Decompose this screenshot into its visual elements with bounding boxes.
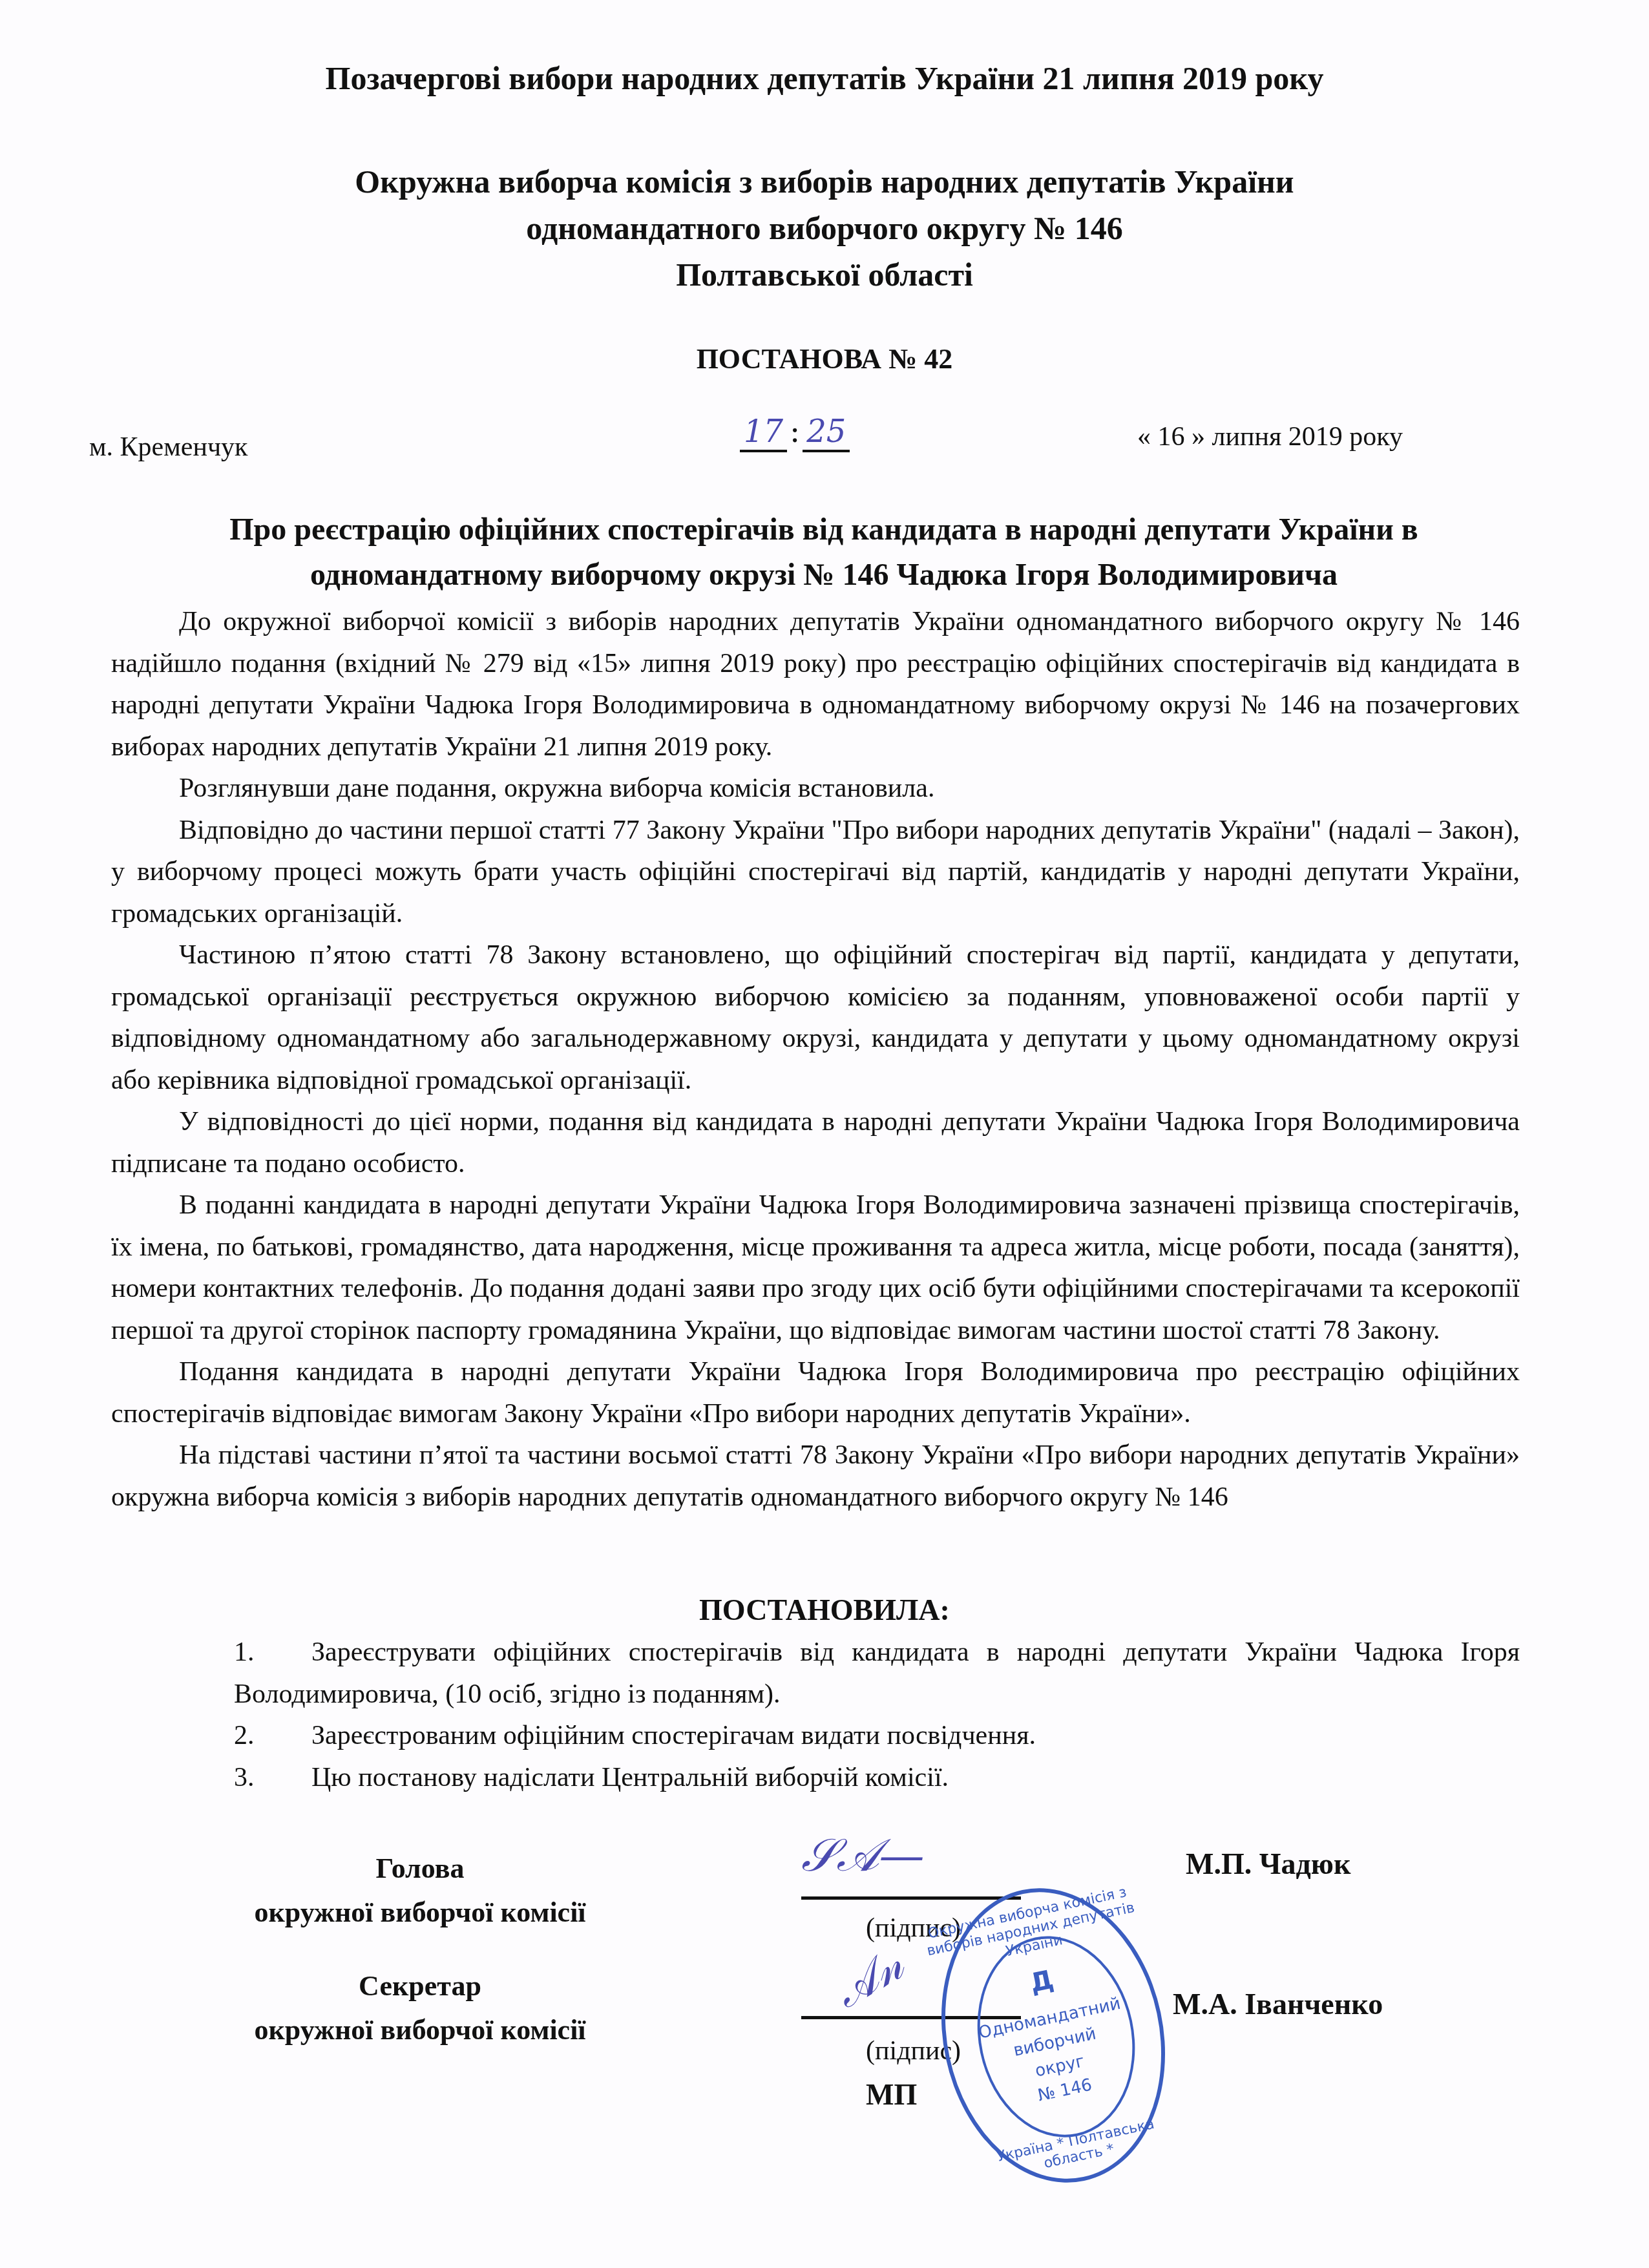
resolution-item: 3. Цю постанову надіслати Центральній ви… — [111, 1757, 1520, 1799]
seal-place-label: МП — [866, 2077, 917, 2112]
resolution-text: Цю постанову надіслати Центральній вибор… — [235, 1763, 949, 1792]
secretary-name: М.А. Іванченко — [1173, 1987, 1383, 2021]
commission-line: Окружна виборча комісія з виборів народн… — [0, 158, 1649, 205]
time-hours: 17 — [740, 414, 787, 452]
body-paragraph: У відповідності до цієї норми, подання в… — [111, 1101, 1520, 1184]
resolution-text: Зареєструвати офіційних спостерігачів ві… — [111, 1632, 1520, 1715]
resolution-item: 1. Зареєструвати офіційних спостерігачів… — [111, 1632, 1520, 1715]
resolved-heading: ПОСТАНОВИЛА: — [0, 1593, 1649, 1627]
commission-line: Полтавської області — [0, 251, 1649, 298]
chair-role-subtitle: окружної виборчої комісії — [194, 1891, 646, 1935]
body-paragraph: До окружної виборчої комісії з виборів н… — [111, 601, 1520, 768]
decree-date: « 16 » липня 2019 року — [1137, 421, 1403, 452]
body-paragraph: Частиною п’ятою статті 78 Закону встанов… — [111, 934, 1520, 1101]
chair-name: М.П. Чадюк — [1186, 1847, 1350, 1881]
resolution-number: 1. — [234, 1632, 255, 1674]
secretary-handwritten-signature: 𝒜𝓃 — [825, 1937, 913, 2019]
body-paragraph: Розглянувши дане подання, окружна виборч… — [111, 768, 1520, 810]
chair-role: Голова окружної виборчої комісії — [194, 1847, 646, 1935]
body-paragraph: На підставі частини п’ятої та частини во… — [111, 1434, 1520, 1518]
stamp-center: Д Одномандатний виборчий округ № 146 — [936, 1948, 1171, 2125]
commission-line: одномандатного виборчого округу № 146 — [0, 205, 1649, 251]
resolution-list: 1. Зареєструвати офіційних спостерігачів… — [111, 1632, 1520, 1798]
resolution-item: 2. Зареєстрованим офіційним спостерігача… — [111, 1715, 1520, 1757]
election-title: Позачергові вибори народних депутатів Ук… — [0, 59, 1649, 97]
decree-body: До окружної виборчої комісії з виборів н… — [111, 601, 1520, 1518]
resolution-number: 2. — [234, 1715, 255, 1757]
secretary-role-subtitle: окружної виборчої комісії — [194, 2008, 646, 2052]
body-paragraph: Відповідно до частини першої статті 77 З… — [111, 810, 1520, 935]
decree-time-handwritten: 17:25 — [740, 414, 850, 450]
decree-city: м. Кременчук — [89, 432, 247, 463]
chair-role-title: Голова — [194, 1847, 646, 1891]
commission-header: Окружна виборча комісія з виборів народн… — [0, 158, 1649, 298]
body-paragraph: В поданні кандидата в народні депутати У… — [111, 1184, 1520, 1351]
resolution-number: 3. — [234, 1757, 255, 1799]
decree-number: ПОСТАНОВА № 42 — [0, 342, 1649, 375]
chair-handwritten-signature: 𝒮𝒜— — [801, 1829, 924, 1882]
decree-subject: Про реєстрацію офіційних спостерігачів в… — [129, 507, 1518, 598]
secretary-role: Секретар окружної виборчої комісії — [194, 1964, 646, 2052]
chair-signature-line — [801, 1896, 1021, 1900]
time-colon: : — [787, 414, 803, 450]
body-paragraph: Подання кандидата в народні депутати Укр… — [111, 1351, 1520, 1434]
secretary-role-title: Секретар — [194, 1964, 646, 2008]
resolution-text: Зареєстрованим офіційним спостерігачам в… — [235, 1721, 1036, 1750]
time-minutes: 25 — [803, 414, 850, 452]
